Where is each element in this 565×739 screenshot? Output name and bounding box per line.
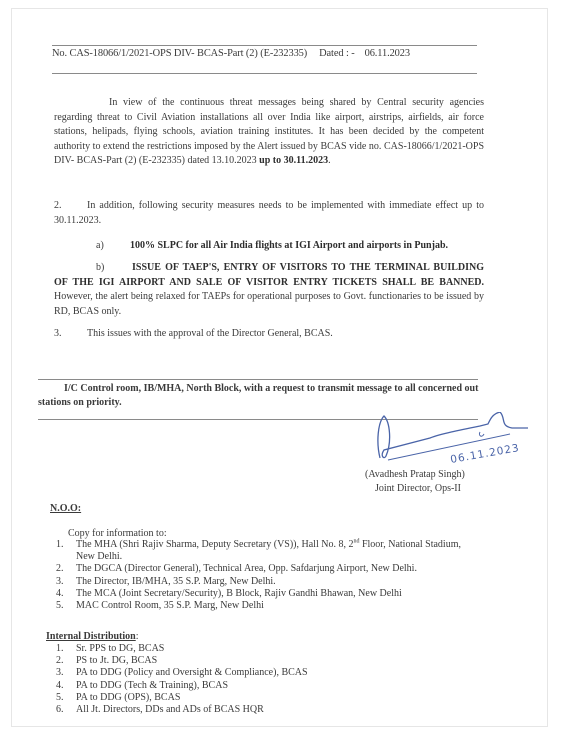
list-number: 4.: [56, 588, 64, 600]
list-number: 5.: [56, 692, 64, 704]
list-number: 2.: [56, 655, 64, 667]
internal-distribution-title: Internal Distribution: [46, 631, 136, 642]
list-number: 3.: [56, 576, 64, 588]
internal-distribution-list: 1.Sr. PPS to DG, BCAS 2.PS to Jt. DG, BC…: [56, 643, 476, 716]
paragraph-1: In view of the continuous threat message…: [54, 96, 484, 169]
list-item: 6.All Jt. Directors, DDs and ADs of BCAS…: [56, 704, 476, 716]
transmit-rule-top: [38, 379, 478, 380]
list-text: MAC Control Room, 35 S.P. Marg, New Delh…: [76, 600, 264, 611]
header-rule-top: [52, 45, 477, 46]
list-item: 5.PA to DDG (OPS), BCAS: [56, 692, 476, 704]
list-text: All Jt. Directors, DDs and ADs of BCAS H…: [76, 704, 264, 715]
list-item: 1.The MHA (Shri Rajiv Sharma, Deputy Sec…: [56, 539, 476, 563]
list-item: 1.Sr. PPS to DG, BCAS: [56, 643, 476, 655]
measure-a: a)100% SLPC for all Air India flights at…: [96, 240, 496, 251]
list-text: PS to Jt. DG, BCAS: [76, 655, 157, 666]
paragraph-1-bold: up to 30.11.2023: [259, 155, 328, 166]
list-item: 3.The Director, IB/MHA, 35 S.P. Marg, Ne…: [56, 576, 476, 588]
list-number: 5.: [56, 600, 64, 612]
signatory-name: (Avadhesh Pratap Singh): [365, 469, 465, 480]
paragraph-1-end: .: [328, 155, 331, 166]
paragraph-3-text: This issues with the approval of the Dir…: [87, 328, 333, 339]
document-date: 06.11.2023: [365, 48, 410, 59]
transmit-instruction: I/C Control room, IB/MHA, North Block, w…: [38, 382, 488, 410]
list-number: 1.: [56, 539, 64, 551]
paragraph-3: 3.This issues with the approval of the D…: [54, 328, 484, 339]
noo-list: 1.The MHA (Shri Rajiv Sharma, Deputy Sec…: [56, 539, 476, 612]
transmit-text: I/C Control room, IB/MHA, North Block, w…: [38, 383, 478, 408]
copy-label: Copy for information to:: [68, 528, 167, 539]
header-rule-bottom: [52, 73, 477, 74]
internal-distribution-heading: Internal Distribution:: [46, 631, 139, 642]
measure-a-label: a): [96, 240, 130, 251]
list-text: The Director, IB/MHA, 35 S.P. Marg, New …: [76, 576, 276, 587]
list-item: 2.The DGCA (Director General), Technical…: [56, 563, 476, 575]
paragraph-2: 2.In addition, following security measur…: [54, 199, 484, 228]
list-text: Sr. PPS to DG, BCAS: [76, 643, 164, 654]
reference-number: No. CAS-18066/1/2021-OPS DIV- BCAS-Part …: [52, 48, 307, 59]
list-text: The DGCA (Director General), Technical A…: [76, 563, 417, 574]
list-number: 3.: [56, 667, 64, 679]
reference-line: No. CAS-18066/1/2021-OPS DIV- BCAS-Part …: [52, 48, 410, 59]
measure-b-text: However, the alert being relaxed for TAE…: [54, 291, 484, 317]
paragraph-2-text: In addition, following security measures…: [54, 200, 484, 226]
list-item: 4.The MCA (Joint Secretary/Security), B …: [56, 588, 476, 600]
list-number: 6.: [56, 704, 64, 716]
list-item: 5.MAC Control Room, 35 S.P. Marg, New De…: [56, 600, 476, 612]
list-text: PA to DDG (Policy and Oversight & Compli…: [76, 667, 308, 678]
list-item: 2.PS to Jt. DG, BCAS: [56, 655, 476, 667]
paragraph-3-number: 3.: [54, 328, 87, 339]
list-text: PA to DDG (Tech & Training), BCAS: [76, 680, 228, 691]
list-number: 2.: [56, 563, 64, 575]
noo-heading: N.O.O:: [50, 503, 81, 514]
list-number: 4.: [56, 680, 64, 692]
list-text: The MCA (Joint Secretary/Security), B Bl…: [76, 588, 402, 599]
list-item: 3.PA to DDG (Policy and Oversight & Comp…: [56, 667, 476, 679]
heading-colon: :: [136, 631, 139, 642]
signatory-title: Joint Director, Ops-II: [375, 483, 461, 494]
paragraph-2-number: 2.: [54, 199, 87, 214]
list-number: 1.: [56, 643, 64, 655]
list-text: PA to DDG (OPS), BCAS: [76, 692, 180, 703]
list-item: 4.PA to DDG (Tech & Training), BCAS: [56, 680, 476, 692]
measure-b-label: b): [54, 261, 132, 276]
measure-a-text: 100% SLPC for all Air India flights at I…: [130, 240, 448, 251]
measure-b: b)ISSUE OF TAEP'S, ENTRY OF VISITORS TO …: [54, 261, 484, 319]
dated-label: Dated : -: [319, 48, 354, 59]
list-text: The MHA (Shri Rajiv Sharma, Deputy Secre…: [76, 539, 353, 550]
